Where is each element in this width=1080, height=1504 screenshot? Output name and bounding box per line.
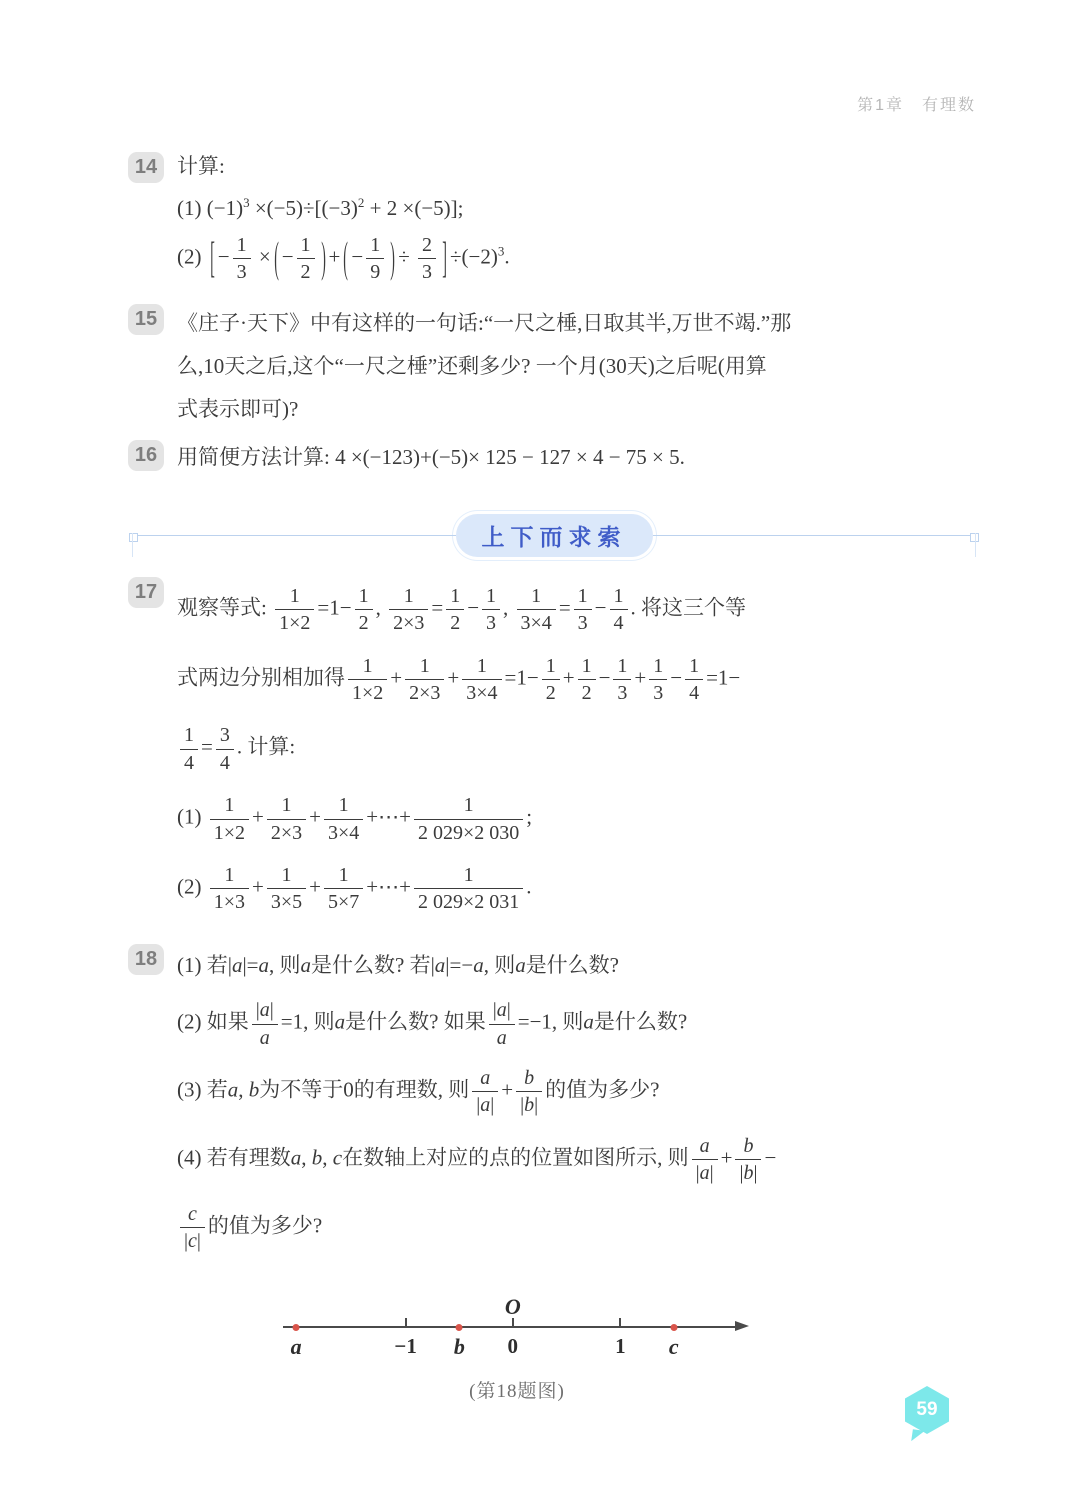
number-line (283, 1326, 737, 1328)
problem-number-badge: 15 (128, 304, 164, 335)
figure-caption: (第18题图) (283, 1376, 751, 1403)
point-label: −1 (394, 1334, 416, 1359)
point-label: c (669, 1334, 679, 1360)
problem-15: 15 《庄子·天下》中有这样的一句话:“一尺之棰,日取其半,万世不竭.”那 么,… (128, 302, 980, 430)
banner-rule-left (130, 535, 456, 536)
number-line-figure: a−1bO01c (第18题图) (283, 1298, 751, 1403)
point-label: 0 (508, 1334, 519, 1359)
section-banner: 上下而求索 (130, 514, 978, 557)
problem-17-line-3: 14=34. 计算: (177, 724, 980, 774)
problem-18-part-4-continued: c|c|的值为多少? (177, 1203, 980, 1253)
problem-14-part-1: (1) (−1)3 ×(−5)÷[(−3)2 + 2 ×(−5)]; (177, 193, 980, 225)
problem-number-badge: 17 (128, 577, 164, 608)
problem-15-line-2: 么,10天之后,这个“一尺之棰”还剩多少? 一个月(30天)之后呢(用算 (177, 345, 980, 388)
textbook-page: 第1章 有理数 14 计算: (1) (−1)3 ×(−5)÷[(−3)2 + … (0, 0, 1080, 1504)
page-number: 59 (916, 1399, 937, 1421)
page-number-badge: 59 (905, 1386, 949, 1434)
problem-number-badge: 16 (128, 440, 164, 471)
problem-18-part-2: (2) 如果|a|a=1, 则a是什么数? 如果|a|a=−1, 则a是什么数? (177, 999, 980, 1049)
problem-number-badge: 18 (128, 944, 164, 975)
problem-number-badge: 14 (128, 152, 164, 183)
point-label: 1 (615, 1334, 626, 1359)
problem-18-part-1: (1) 若|a|=a, 则a是什么数? 若|a|=−a, 则a是什么数? (177, 950, 980, 982)
hexagon-badge-icon: 59 (905, 1386, 949, 1434)
chapter-header: 第1章 有理数 (857, 92, 976, 115)
problem-14-intro: 计算: (177, 150, 980, 184)
point-label: a (291, 1334, 302, 1360)
problem-14: 14 计算: (1) (−1)3 ×(−5)÷[(−3)2 + 2 ×(−5)]… (128, 150, 980, 294)
banner-rule-right (653, 535, 979, 536)
number-line-axis: a−1bO01c (283, 1298, 751, 1368)
point-label: b (454, 1334, 465, 1360)
problem-16: 16 用简便方法计算: 4 ×(−123)+(−5)× 125 − 127 × … (128, 438, 980, 484)
problem-16-expression: 用简便方法计算: 4 ×(−123)+(−5)× 125 − 127 × 4 −… (177, 442, 980, 474)
problem-18: 18 (1) 若|a|=a, 则a是什么数? 若|a|=−a, 则a是什么数? … (128, 942, 980, 1271)
problem-15-line-3: 式表示即可)? (177, 388, 980, 431)
tick-mark (619, 1318, 621, 1327)
problem-17-part-1: (1) 11×2+12×3+13×4+⋯+12 029×2 030; (177, 794, 980, 844)
problem-17-part-2: (2) 11×3+13×5+15×7+⋯+12 029×2 031. (177, 864, 980, 914)
problem-15-line-1: 《庄子·天下》中有这样的一句话:“一尺之棰,日取其半,万世不竭.”那 (177, 302, 980, 345)
page-content: 14 计算: (1) (−1)3 ×(−5)÷[(−3)2 + 2 ×(−5)]… (128, 150, 980, 1403)
red-dot (670, 1324, 677, 1331)
problem-17-line-2: 式两边分别相加得11×2+12×3+13×4=1−12+12−13+13−14=… (177, 655, 980, 705)
tick-mark (512, 1318, 514, 1327)
red-dot (293, 1324, 300, 1331)
banner-title: 上下而求索 (456, 514, 653, 557)
problem-17-line-1: 观察等式: 11×2=1−12, 12×3=12−13, 13×4=13−14.… (177, 585, 980, 635)
problem-18-part-3: (3) 若a, b为不等于0的有理数, 则a|a|+b|b|的值为多少? (177, 1067, 980, 1117)
problem-17: 17 观察等式: 11×2=1−12, 12×3=12−13, 13×4=13−… (128, 575, 980, 934)
problem-14-part-2: (2) [−13 ×(−12)+(−19)÷ 23]÷(−2)3. (177, 234, 980, 284)
arrowhead-icon (735, 1321, 749, 1331)
origin-label: O (505, 1294, 521, 1320)
problem-18-part-4: (4) 若有理数a, b, c在数轴上对应的点的位置如图所示, 则a|a|+b|… (177, 1135, 980, 1185)
badge-tail-icon (911, 1429, 925, 1443)
red-dot (456, 1324, 463, 1331)
tick-mark (405, 1318, 407, 1327)
